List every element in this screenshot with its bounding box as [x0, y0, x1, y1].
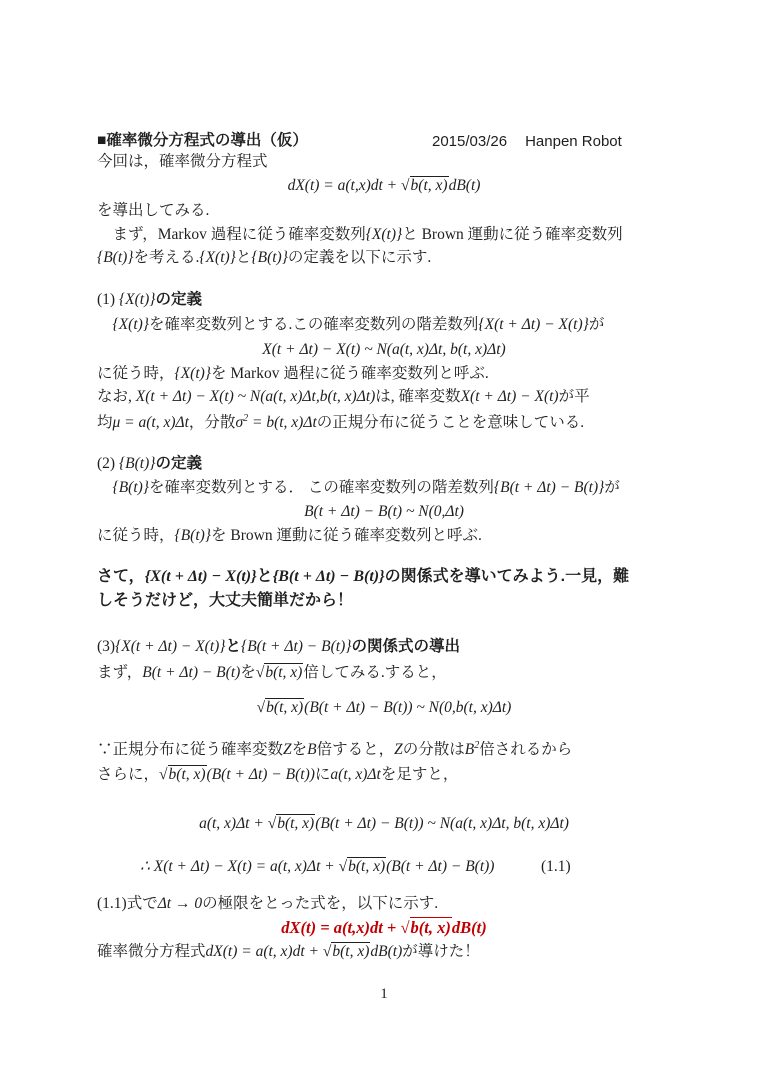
sqrt-radical: √b(t, x): [159, 765, 207, 783]
radical-sign: √: [401, 177, 410, 194]
doc-author: Hanpen Robot: [525, 133, 622, 150]
text-segment: σ: [235, 414, 243, 431]
text-segment: を導出してみる.: [97, 202, 209, 219]
text-segment: に: [315, 766, 331, 783]
derivation-step-2: さらに，√b(t, x)(B(t + Δt) − B(t))にa(t, x)Δt…: [97, 764, 458, 785]
text-segment: まず，: [97, 664, 142, 681]
text-segment: が導けた！: [402, 943, 480, 960]
text-segment: {B(t + Δt) − B(t)}: [273, 568, 385, 585]
text-segment: B(t + Δt) − B(t): [142, 664, 240, 681]
def-x-line-2: に従う時，{X(t)}を Markov 過程に従う確率変数列と呼ぶ.: [97, 363, 489, 384]
radicand: b(t, x): [410, 176, 449, 194]
radicand: b(t, x): [276, 814, 315, 832]
sqrt-radical: √b(t, x): [339, 857, 387, 875]
text-segment: の関係式を導いてみよう.一見，難: [385, 568, 629, 585]
text-segment: B: [465, 741, 474, 758]
text-segment: (B(t + Δt) − B(t)): [386, 858, 494, 875]
text-segment: B: [307, 741, 316, 758]
text-segment: B(t + Δt) − B(t) ~ N(0,Δt): [304, 503, 464, 520]
text-segment: {B(t + Δt) − B(t)}: [241, 638, 351, 655]
text-segment: Δt → 0: [158, 895, 202, 912]
text-segment: {X(t + Δt) − X(t)}: [115, 638, 225, 655]
text-segment: (B(t + Δt) − B(t)) ~ N(0,b(t, x)Δt): [304, 699, 511, 716]
text-segment: が: [604, 479, 620, 496]
text-segment: [97, 479, 113, 496]
sqrt-radical: √b(t, x): [323, 942, 371, 960]
text-segment: {B(t)}: [119, 455, 156, 472]
text-segment: X(t + Δt) − X(t) ~ N(a(t, x)Δt,b(t, x)Δt…: [136, 388, 376, 405]
text-segment: = b(t, x)Δt: [248, 414, 317, 431]
text-segment: に従う時，: [97, 365, 175, 382]
text-segment: さて，: [97, 568, 145, 585]
text-segment: を: [292, 741, 308, 758]
text-segment: と: [226, 638, 242, 655]
text-segment: しそうだけど，大丈夫簡単だから！: [97, 592, 353, 609]
text-segment: ∵正規分布に従う確率変数: [97, 741, 283, 758]
text-segment: [97, 316, 113, 333]
radical-sign: √: [339, 858, 348, 875]
text-segment: (2): [97, 455, 119, 472]
text-segment: (B(t + Δt) − B(t)): [207, 766, 315, 783]
bold-statement-2: しそうだけど，大丈夫簡単だから！: [97, 590, 353, 611]
text-segment: 倍すると，: [317, 741, 395, 758]
text-segment: {B(t)}: [113, 479, 150, 496]
text-segment: (B(t + Δt) − B(t)) ~ N(a(t, x)Δt, b(t, x…: [315, 815, 569, 832]
text-segment: Z: [283, 741, 292, 758]
radical-sign: √: [257, 699, 266, 716]
text-segment: (3): [97, 638, 115, 655]
text-segment: {B(t + Δt) − B(t)}: [494, 479, 604, 496]
formula-result-1-1: ∴ X(t + Δt) − X(t) = a(t, x)Δt + √b(t, x…: [140, 856, 571, 877]
radical-sign: √: [268, 815, 277, 832]
text-segment: の極限をとった式を，以下に示す.: [202, 895, 438, 912]
text-segment: μ = a(t, x)Δt: [113, 414, 189, 431]
sqrt-radical: √b(t, x): [256, 663, 304, 681]
text-segment: ，分散: [189, 414, 236, 431]
because-note: ∵正規分布に従う確率変数ZをB倍すると，Zの分散はB2倍されるから: [97, 735, 572, 756]
text-segment: を Brown 運動に従う確率変数列と呼ぶ.: [211, 527, 482, 544]
formula-b-increment: B(t + Δt) − B(t) ~ N(0,Δt): [0, 501, 768, 522]
heading-def-x: (1) {X(t)}の定義: [97, 289, 202, 310]
radicand: b(t, x): [347, 857, 386, 875]
formula-sde-final: dX(t) = a(t,x)dt + √b(t, x)dB(t): [0, 917, 768, 938]
sqrt-radical: √b(t, x): [400, 917, 451, 937]
text-segment: X(t + Δt) − X(t): [461, 388, 559, 405]
text-segment: {X(t)}: [119, 291, 156, 308]
text-segment: の正規分布に従うことを意味している.: [317, 414, 584, 431]
radicand: b(t, x): [331, 942, 370, 960]
text-segment: の定義: [155, 291, 202, 308]
bold-statement-1: さて，{X(t + Δt) − X(t)}と{B(t + Δt) − B(t)}…: [97, 566, 629, 587]
text-segment: は, 確率変数: [375, 388, 460, 405]
text-segment: {B(t)}: [251, 249, 288, 266]
heading-derivation: (3){X(t + Δt) − X(t)}と{B(t + Δt) − B(t)}…: [97, 636, 460, 657]
formula-sum: a(t, x)Δt + √b(t, x)(B(t + Δt) − B(t)) ~…: [0, 813, 768, 834]
formula-sde-initial: dX(t) = a(t,x)dt + √b(t, x)dB(t): [0, 175, 768, 196]
document-page: ■確率微分方程式の導出（仮） 2015/03/26Hanpen Robot 1 …: [0, 0, 768, 1087]
text-segment: dX(t) = a(t,x)dt +: [281, 918, 400, 937]
radicand: b(t, x): [410, 917, 452, 937]
formula-x-increment: X(t + Δt) − X(t) ~ N(a(t, x)Δt, b(t, x)Δ…: [0, 339, 768, 360]
text-segment: dB(t): [452, 918, 487, 937]
radicand: b(t, x): [264, 663, 303, 681]
text-segment: の定義を以下に示す.: [288, 249, 431, 266]
text-segment: Z: [394, 741, 403, 758]
text-segment: (1.1): [494, 858, 570, 875]
text-segment: {B(t)}: [175, 527, 212, 544]
formula-scaled-b: √b(t, x)(B(t + Δt) − B(t)) ~ N(0,b(t, x)…: [0, 697, 768, 718]
text-segment: 倍してみる.すると，: [303, 664, 446, 681]
limit-line: (1.1)式でΔt → 0の極限をとった式を，以下に示す.: [97, 893, 438, 914]
text-segment: 倍されるから: [479, 741, 572, 758]
text-segment: 確率微分方程式: [97, 943, 206, 960]
text-segment: {X(t + Δt) − X(t)}: [478, 316, 588, 333]
doc-date: 2015/03/26: [432, 133, 507, 150]
text-segment: dB(t): [449, 177, 481, 194]
text-segment: が: [589, 316, 605, 333]
text-segment: の分散は: [403, 741, 465, 758]
conclusion-line: 確率微分方程式dX(t) = a(t, x)dt + √b(t, x)dB(t)…: [97, 941, 480, 962]
def-x-line-1: {X(t)}を確率変数列とする.この確率変数列の階差数列{X(t + Δt) −…: [97, 314, 604, 335]
text-segment: X(t + Δt) − X(t) ~ N(a(t, x)Δt, b(t, x)Δ…: [262, 341, 505, 358]
text-segment: 今回は，確率微分方程式: [97, 153, 268, 170]
text-segment: に従う時，: [97, 527, 175, 544]
intro-line: 今回は，確率微分方程式: [97, 151, 268, 172]
text-segment: を考える.: [134, 249, 200, 266]
text-segment: {X(t)}: [175, 365, 212, 382]
radical-sign: √: [159, 766, 168, 783]
derive-line: を導出してみる.: [97, 200, 209, 221]
text-segment: dX(t) = a(t, x)dt +: [206, 943, 323, 960]
sqrt-radical: √b(t, x): [268, 814, 316, 832]
text-segment: と: [257, 568, 273, 585]
text-segment: の定義: [155, 455, 202, 472]
sqrt-radical: √b(t, x): [257, 698, 305, 716]
text-segment: なお,: [97, 388, 136, 405]
radical-sign: √: [400, 918, 409, 937]
text-segment: (1): [97, 291, 119, 308]
text-segment: dX(t) = a(t,x)dt +: [288, 177, 401, 194]
radicand: b(t, x): [168, 765, 207, 783]
text-segment: を確率変数列とする.この確率変数列の階差数列: [149, 316, 478, 333]
doc-title: ■確率微分方程式の導出（仮）: [97, 130, 308, 151]
text-segment: を Markov 過程に従う確率変数列と呼ぶ.: [211, 365, 489, 382]
def-x-note-2: 均μ = a(t, x)Δt，分散σ2 = b(t, x)Δtの正規分布に従うこ…: [97, 408, 584, 429]
text-segment: {B(t)}: [97, 249, 134, 266]
text-segment: {X(t + Δt) − X(t)}: [145, 568, 257, 585]
def-x-note-1: なお, X(t + Δt) − X(t) ~ N(a(t, x)Δt,b(t, …: [97, 386, 590, 407]
derivation-step-1: まず，B(t + Δt) − B(t)を√b(t, x)倍してみる.すると，: [97, 662, 447, 683]
doc-meta: 2015/03/26Hanpen Robot: [432, 131, 622, 152]
text-segment: 均: [97, 414, 113, 431]
sqrt-radical: √b(t, x): [401, 176, 449, 194]
markov-brown-intro-2: {B(t)}を考える.{X(t)}と{B(t)}の定義を以下に示す.: [97, 247, 431, 268]
text-segment: a(t, x)Δt +: [199, 815, 268, 832]
heading-def-b: (2) {B(t)}の定義: [97, 453, 202, 474]
text-segment: と: [236, 249, 252, 266]
text-segment: ∴ X(t + Δt) − X(t) = a(t, x)Δt +: [140, 858, 339, 875]
def-b-line-1: {B(t)}を確率変数列とする． この確率変数列の階差数列{B(t + Δt) …: [97, 477, 620, 498]
text-segment: の関係式の導出: [351, 638, 460, 655]
markov-brown-intro-1: まず，Markov 過程に従う確率変数列{X(t)}と Brown 運動に従う確…: [97, 224, 623, 245]
text-segment: {X(t)}: [113, 316, 150, 333]
text-segment: を確率変数列とする． この確率変数列の階差数列: [149, 479, 494, 496]
text-segment: まず，Markov 過程に従う確率変数列: [97, 226, 366, 243]
text-segment: a(t, x)Δt: [330, 766, 380, 783]
text-segment: を足すと，: [381, 766, 459, 783]
text-segment: dB(t): [370, 943, 402, 960]
text-segment: を: [240, 664, 256, 681]
def-b-line-2: に従う時，{B(t)}を Brown 運動に従う確率変数列と呼ぶ.: [97, 525, 482, 546]
text-segment: さらに，: [97, 766, 159, 783]
text-segment: が平: [559, 388, 590, 405]
radicand: b(t, x): [265, 698, 304, 716]
text-segment: {X(t)}: [199, 249, 236, 266]
text-segment: {X(t)}: [366, 226, 403, 243]
text-segment: (1.1)式で: [97, 895, 158, 912]
page-number: 1: [0, 986, 768, 1003]
text-segment: と Brown 運動に従う確率変数列: [402, 226, 622, 243]
